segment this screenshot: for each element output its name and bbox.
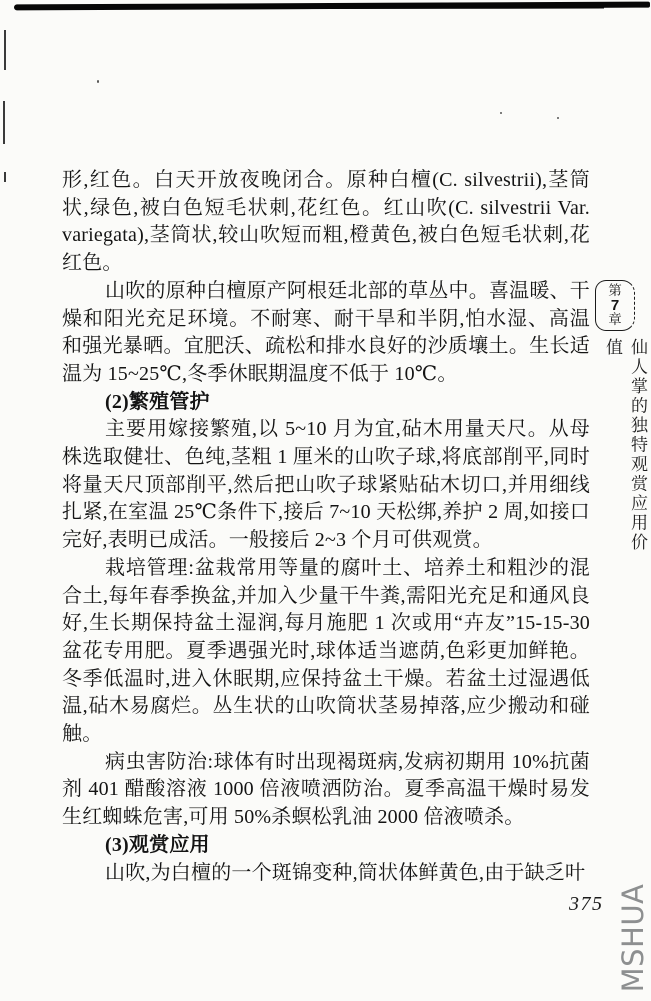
section-heading: (3)观赏应用 [62,832,590,860]
paragraph: 形,红色。白天开放夜晚闭合。原种白檀(C. silvestrii),茎筒状,绿色… [62,167,590,278]
scan-speck [97,80,99,83]
scan-artifact-top-edge [14,2,650,11]
paragraph: 主要用嫁接繁殖,以 5~10 月为宜,砧木用量天尺。从母株选取健壮、色纯,茎粗 … [62,416,590,555]
paragraph: 山吹的原种白檀原产阿根廷北部的草丛中。喜温暖、干燥和阳光充足环境。不耐寒、耐干旱… [62,278,590,389]
section-heading: (2)繁殖管护 [62,389,590,417]
scan-speck [500,112,502,114]
chapter-tab-number: 7 [611,298,619,313]
scan-artifact-left-mark-2 [3,101,5,144]
chapter-tab-prefix: 第 [608,284,622,298]
scan-speck [557,117,559,119]
scan-artifact-left-mark-1 [4,30,6,70]
body-text: 形,红色。白天开放夜晚闭合。原种白檀(C. silvestrii),茎筒状,绿色… [62,167,590,887]
scan-artifact-left-mark-3 [4,172,6,182]
page-number: 375 [569,893,604,916]
chapter-tab: 第 7 章 [595,280,635,331]
chapter-tab-suffix: 章 [608,313,622,327]
paragraph: 栽培管理:盆栽常用等量的腐叶土、培养土和粗沙的混合土,每年春季换盆,并加入少量干… [62,555,590,749]
scanned-book-page: 形,红色。白天开放夜晚闭合。原种白檀(C. silvestrii),茎筒状,绿色… [0,0,651,1001]
paragraph: 山吹,为白檀的一个斑锦变种,筒状体鲜黄色,由于缺乏叶 [62,860,590,888]
chapter-title-vertical: 仙人掌的独特观赏应用价值 [600,338,650,553]
paragraph: 病虫害防治:球体有时出现褐斑病,发病初期用 10%抗菌剂 401 醋酸溶液 10… [62,749,590,832]
watermark: MSHUA [616,878,650,998]
